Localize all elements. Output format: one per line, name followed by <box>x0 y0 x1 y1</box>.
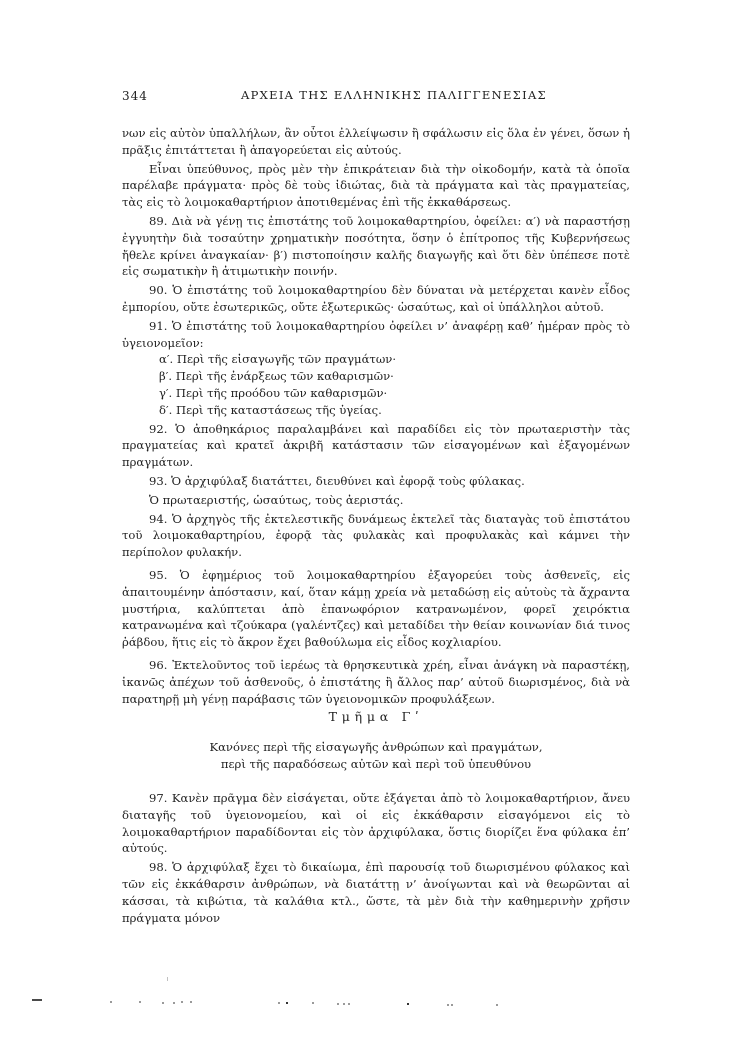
list-item: δ′. Περὶ τῆς καταστάσεως τῆς ὑγείας. <box>159 402 630 419</box>
article-95: 95. Ὁ ἐφημέριος τοῦ λοιμοκαθαρτηρίου ἐξα… <box>122 567 630 651</box>
scan-noise <box>173 1002 175 1004</box>
scan-noise <box>447 1004 449 1006</box>
paragraph-liability: Εἶναι ὑπεύθυνος, πρὸς μὲν τὴν ἐπικράτεια… <box>122 161 630 211</box>
body-text: νων εἰς αὐτὸν ὑπαλλήλων, ἂν οὗτοι ἐλλείψ… <box>122 125 630 926</box>
running-header: 344 ΑΡΧΕΙΑ ΤΗΣ ΕΛΛΗΝΙΚΗΣ ΠΑΛΙΓΓΕΝΕΣΙΑΣ <box>122 88 630 103</box>
article-96: 96. Ἐκτελοῦντος τοῦ ἱερέως τὰ θρησκευτικ… <box>122 657 630 707</box>
article-97: 97. Κανὲν πρᾶγμα δὲν εἰσάγεται, οὔτε ἐξά… <box>122 790 630 857</box>
section-heading: Τμῆμα Γʹ <box>122 709 630 726</box>
section-subtitle-line: περὶ τῆς παραδόσεως αὐτῶν καὶ περὶ τοῦ ὑ… <box>122 756 630 773</box>
list-item: γ′. Περὶ τῆς προόδου τῶν καθαρισμῶν· <box>159 385 630 402</box>
scan-noise <box>278 1002 280 1004</box>
list-item: α′. Περὶ τῆς εἰσαγωγῆς τῶν πραγμάτων· <box>159 351 630 368</box>
article-90: 90. Ὁ ἐπιστάτης τοῦ λοιμοκαθαρτηρίου δὲν… <box>122 282 630 316</box>
list-item: β′. Περὶ τῆς ἐνάρξεως τῶν καθαρισμῶν· <box>159 368 630 385</box>
article-93-continued: Ὁ πρωταεριστής, ὡσαύτως, τοὺς ἀεριστάς. <box>122 492 630 509</box>
running-header-title: ΑΡΧΕΙΑ ΤΗΣ ΕΛΛΗΝΙΚΗΣ ΠΑΛΙΓΓΕΝΕΣΙΑΣ <box>122 88 630 102</box>
section-subtitle-line: Κανόνες περὶ τῆς εἰσαγωγῆς ἀνθρώπων καὶ … <box>122 739 630 756</box>
scan-noise <box>110 1001 112 1003</box>
scan-noise <box>286 1002 288 1004</box>
paragraph-continuation: νων εἰς αὐτὸν ὑπαλλήλων, ἂν οὗτοι ἐλλείψ… <box>122 125 630 159</box>
article-92: 92. Ὁ ἀποθηκάριος παραλαμβάνει καὶ παραδ… <box>122 421 630 471</box>
text-column: 344 ΑΡΧΕΙΑ ΤΗΣ ΕΛΛΗΝΙΚΗΣ ΠΑΛΙΓΓΕΝΕΣΙΑΣ ν… <box>122 88 630 926</box>
scan-noise <box>32 999 42 1001</box>
scan-noise <box>139 1001 141 1003</box>
scan-noise <box>496 1004 498 1006</box>
scan-noise <box>407 1003 409 1005</box>
article-93: 93. Ὁ ἀρχιφύλαξ διατάττει, διευθύνει καὶ… <box>122 473 630 490</box>
article-94: 94. Ὁ ἀρχηγὸς τῆς ἐκτελεστικῆς δυνάμεως … <box>122 511 630 561</box>
section-subtitle: Κανόνες περὶ τῆς εἰσαγωγῆς ἀνθρώπων καὶ … <box>122 739 630 773</box>
scan-noise <box>167 977 168 981</box>
scan-noise <box>343 1003 345 1005</box>
scan-noise <box>162 1002 164 1004</box>
scan-noise <box>348 1003 350 1005</box>
page-number: 344 <box>122 89 148 103</box>
scanned-document-page: 344 ΑΡΧΕΙΑ ΤΗΣ ΕΛΛΗΝΙΚΗΣ ΠΑΛΙΓΓΕΝΕΣΙΑΣ ν… <box>0 0 744 1052</box>
article-91-report-list: α′. Περὶ τῆς εἰσαγωγῆς τῶν πραγμάτων· β′… <box>159 351 630 418</box>
article-91: 91. Ὁ ἐπιστάτης τοῦ λοιμοκαθαρτηρίου ὀφε… <box>122 318 630 352</box>
scan-noise <box>181 1001 183 1003</box>
scan-noise <box>312 1002 314 1004</box>
article-98: 98. Ὁ ἀρχιφύλαξ ἔχει τὸ δικαίωμα, ἐπὶ πα… <box>122 859 630 926</box>
scan-noise <box>451 1004 453 1006</box>
scan-noise <box>337 1003 339 1005</box>
scan-noise <box>190 1001 192 1003</box>
article-89: 89. Διὰ νὰ γένῃ τις ἐπιστάτης τοῦ λοιμοκ… <box>122 213 630 280</box>
